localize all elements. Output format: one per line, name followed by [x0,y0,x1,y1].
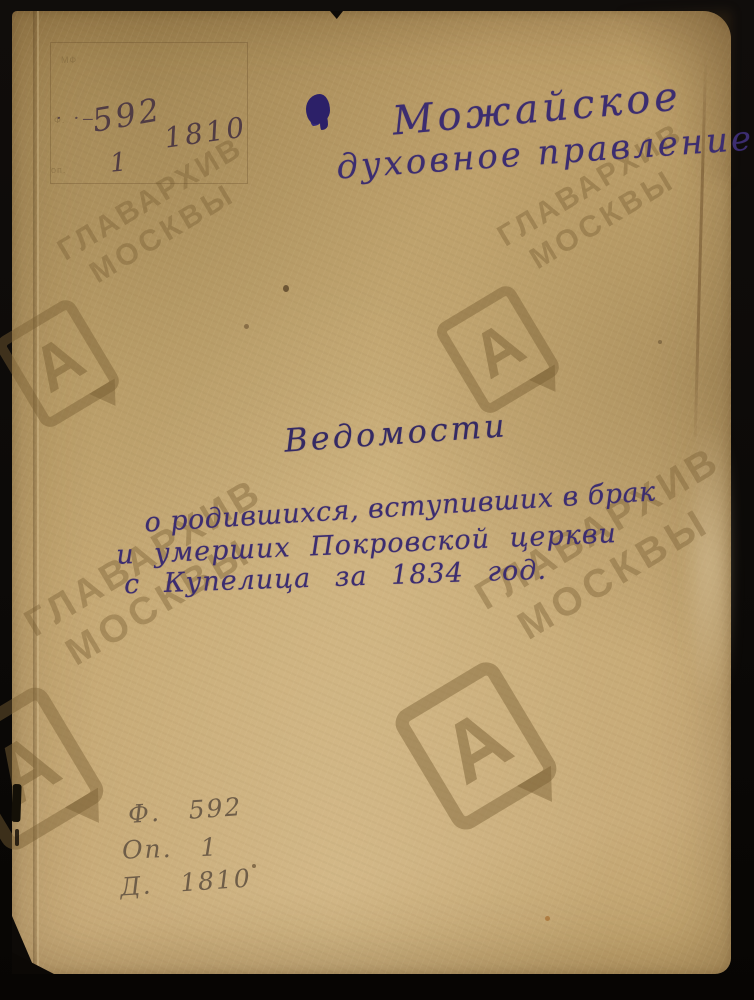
stamp-opis-label: оп. [51,165,66,175]
stamp-opis-number: 1 [109,147,128,178]
paper-speck [283,285,289,292]
stitch-hole [11,784,21,822]
stitch-hole-small [15,829,19,846]
right-edge-worn-patch [680,418,730,710]
paper-speck [658,340,662,344]
archive-cover-scan: МФ Ф. оп. · ·‒ 592 1810 1 Можайское духо… [0,0,754,1000]
pencil-opis-note: Оп. 1 [122,832,219,864]
paper-speck [252,864,256,868]
paper-speck [244,324,249,329]
stamp-faint-label-top: МФ [61,55,77,65]
paper-speck [545,916,550,921]
spine-fold-highlight [37,11,39,974]
